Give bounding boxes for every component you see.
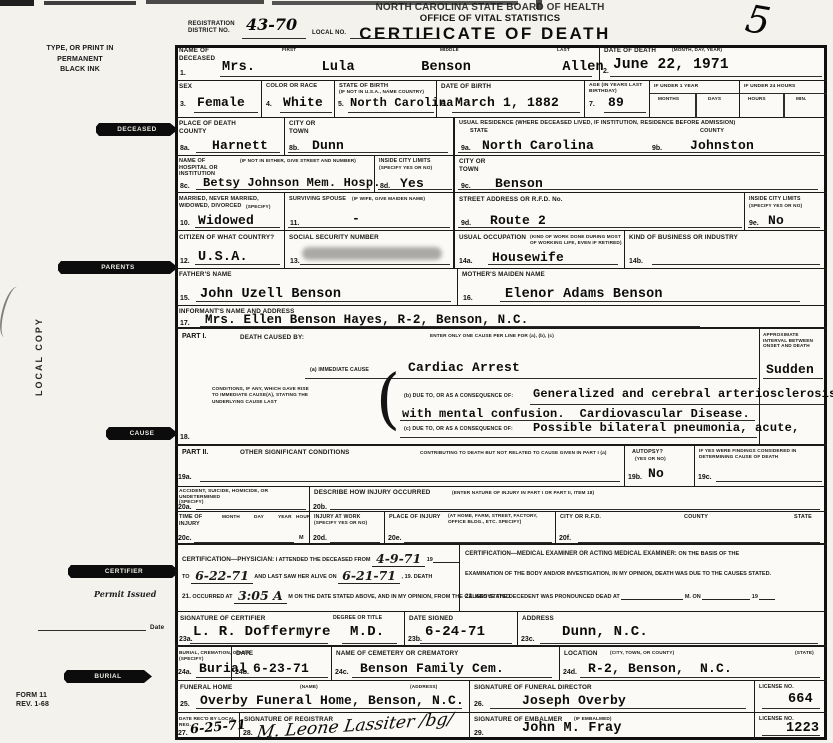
funeral-home-underline: [196, 708, 462, 709]
residence-county-num: 9b.: [652, 145, 662, 152]
tab-parents: PARENTS: [58, 261, 178, 274]
describe-sub: (ENTER NATURE OF INJURY IN PART I OR PAR…: [452, 490, 594, 496]
icl-residence-label: INSIDE CITY LIMITS: [749, 196, 801, 202]
due-to-b-underline1: [530, 404, 824, 405]
ssn-num: 13.: [290, 258, 300, 265]
funeral-director-label: SIGNATURE OF FUNERAL DIRECTOR: [474, 684, 592, 692]
me-cert-line3: 22. ABOVE THE DECEDENT WAS PRONOUNCED DE…: [465, 591, 775, 600]
residence-county-value: Johnston: [690, 138, 754, 153]
dob-underline: [452, 112, 580, 113]
under1-months-label: MONTHS: [658, 96, 679, 102]
degree-underline: [342, 643, 397, 644]
residence-state-label: STATE: [470, 128, 488, 135]
to-word: TO: [182, 574, 190, 580]
physician-cert-title: CERTIFICATION—PHYSICIAN:: [182, 556, 274, 563]
age-value: 89: [608, 95, 624, 110]
informant-underline: [200, 326, 700, 327]
death-word: DEATH: [414, 574, 433, 580]
hospital-num: 8c.: [180, 183, 190, 190]
dob-value: March 1, 1882: [455, 95, 559, 110]
burial-date-num: 24b.: [235, 669, 249, 676]
margin-date-line: [38, 630, 146, 631]
informant-num: 17.: [180, 320, 190, 327]
ssn-redaction-smudge: [302, 247, 442, 260]
permit-issued-note: Permit Issued: [94, 589, 156, 599]
ink-instruction: TYPE, OR PRINT IN PERMANENT BLACK INK: [24, 44, 136, 76]
me-pronounced-text: ABOVE THE DECEDENT WAS PRONOUNCED DEAD A…: [475, 594, 620, 600]
citizen-label: CITIZEN OF WHAT COUNTRY?: [179, 234, 274, 242]
me-cert-title: CERTIFICATION—MEDICAL EXAMINER OR ACTING…: [465, 551, 677, 557]
dod-sub-label: (MONTH, DAY, YEAR): [672, 47, 722, 53]
residence-label: USUAL RESIDENCE (WHERE DECEASED LIVED, I…: [459, 120, 823, 127]
pod-county-num: 8a.: [180, 145, 190, 152]
accident-num: 20a.: [178, 504, 192, 511]
part2-label: PART II.: [182, 449, 208, 456]
name-value: Mrs. Lula Benson Allen: [222, 60, 604, 75]
occupation-sub: (KIND OF WORK DONE DURING MOST OF WORKIN…: [530, 234, 622, 245]
funeral-home-addr-sub: (ADDRESS): [410, 684, 437, 690]
certifier-address-value: Dunn, N.C.: [562, 624, 648, 640]
scan-edge-artifact: [146, 0, 264, 4]
due-to-b-value-line1: Generalized and cerebral arteriosclerosi…: [533, 387, 833, 401]
tab-cause: CAUSE: [106, 427, 178, 440]
dod-underline: [610, 76, 822, 77]
hospital-label: NAME OF HOSPITAL OR INSTITUTION: [179, 158, 218, 178]
time-underline: [194, 542, 294, 543]
me-19-text: 19: [752, 594, 758, 600]
birth-state-num: 5.: [338, 101, 344, 108]
registrar-num: 28.: [243, 730, 253, 737]
date-signed-value: 6-24-71: [425, 624, 485, 640]
spouse-num: 11.: [290, 220, 299, 227]
interval-value: Sudden: [766, 362, 814, 377]
street-underline: [458, 227, 742, 228]
time-of-injury-num: 20c.: [178, 535, 192, 542]
certifier-address-underline: [540, 643, 818, 644]
accident-underline: [196, 509, 306, 510]
father-num: 15.: [180, 295, 190, 302]
hospital-value: Betsy Johnson Mem. Hosp.: [203, 176, 381, 190]
occupation-value: Housewife: [492, 250, 564, 265]
scan-edge-artifact: [0, 0, 34, 6]
due-to-c-value: Possible bilateral pneumonia, acute,: [533, 421, 799, 435]
degree-value: M.D.: [350, 624, 384, 640]
marital-sub: (SPECIFY): [246, 204, 271, 210]
margin-date-label: Date: [150, 624, 164, 632]
part2-title: OTHER SIGNIFICANT CONDITIONS: [240, 449, 350, 457]
funeral-director-underline: [490, 708, 746, 709]
cemetery-location-state: (STATE): [795, 650, 814, 656]
dod-value: June 22, 1971: [613, 57, 729, 73]
name-num: 1.: [180, 70, 186, 77]
immediate-cause-underline: [305, 378, 757, 379]
dod-num: 2.: [603, 68, 609, 75]
form-number: FORM 11: [16, 692, 47, 700]
degree-label: DEGREE OR TITLE: [333, 615, 382, 621]
name-middle-label: MIDDLE: [440, 47, 459, 53]
local-copy-stamp: LOCAL COPY: [34, 300, 44, 396]
date-signed-underline: [420, 643, 512, 644]
pod-city-num: 8b.: [289, 145, 299, 152]
occurred-num: 21.: [182, 593, 191, 600]
cemetery-num: 24c.: [335, 669, 349, 676]
interval-label: APPROXIMATE INTERVAL BETWEEN ONSET AND D…: [763, 332, 823, 349]
mother-underline: [500, 301, 800, 302]
funeral-director-value: Joseph Overby: [522, 693, 626, 708]
spouse-sub: (IF WIFE, GIVE MAIDEN NAME): [352, 196, 425, 202]
age-label: AGE (IN YEARS LAST BIRTHDAY): [589, 83, 647, 95]
due-to-b-value-line2: with mental confusion. Cardiovascular Di…: [402, 407, 750, 421]
icl-residence-num: 9e.: [749, 220, 759, 227]
hospital-underline: [196, 189, 370, 190]
hour-label: HOUR: [296, 514, 310, 520]
embalmer-license-value: 1223: [786, 721, 819, 736]
marital-underline: [195, 227, 280, 228]
caused-by-label: DEATH CAUSED BY:: [240, 334, 304, 342]
findings-label: IF YES WERE FINDINGS CONSIDERED IN DETER…: [699, 448, 824, 459]
date-signed-label: DATE SIGNED: [409, 615, 453, 623]
due-to-c-underline: [400, 437, 757, 438]
director-license-underline: [762, 708, 820, 709]
burial-date-underline: [250, 677, 328, 678]
certifier-signature-label: SIGNATURE OF CERTIFIER: [180, 615, 265, 623]
mother-label: MOTHER'S MAIDEN NAME: [462, 271, 545, 279]
cemetery-location-underline: [580, 677, 820, 678]
citizen-num: 12.: [180, 258, 190, 265]
autopsy-label: AUTOPSY?: [632, 449, 663, 456]
certifier-underline: [190, 643, 328, 644]
street-num: 9d.: [461, 220, 471, 227]
describe-num: 20b.: [313, 504, 327, 511]
spouse-label: SURVIVING SPOUSE: [289, 196, 346, 203]
autopsy-value: No: [648, 466, 664, 481]
me-basis-text: ON THE BASIS OF THE: [678, 551, 739, 557]
industry-num: 14b.: [629, 258, 643, 265]
attended-from-date: 4-9-71: [372, 551, 425, 567]
due-to-b-label: (b) DUE TO, OR AS A CONSEQUENCE OF:: [404, 393, 513, 399]
pod-city-label: CITY OR TOWN: [289, 120, 315, 135]
day-label: DAY: [254, 514, 264, 520]
director-license-value: 664: [788, 692, 813, 707]
race-underline: [280, 112, 332, 113]
father-value: John Uzell Benson: [200, 287, 341, 302]
time-of-death: 3:05 A: [234, 588, 287, 604]
burial-date-label: DATE: [236, 650, 253, 658]
due-to-c-label: (c) DUE TO, OR AS A CONSEQUENCE OF:: [404, 426, 513, 432]
certificate-title: CERTIFICATE OF DEATH: [300, 24, 670, 44]
funeral-home-label: FUNERAL HOME: [180, 684, 232, 692]
injury-at-work-sub: (SPECIFY YES OR NO): [314, 520, 367, 526]
place-underline: [404, 542, 552, 543]
pod-city-value: Dunn: [312, 138, 344, 153]
me-cert-line1: CERTIFICATION—MEDICAL EXAMINER OR ACTING…: [465, 551, 739, 557]
under1-days-label: DAYS: [708, 96, 721, 102]
occupation-label: USUAL OCCUPATION: [459, 234, 526, 242]
marital-value: Widowed: [198, 213, 254, 228]
under24-divider: [783, 93, 785, 118]
stray-pen-mark: [0, 285, 26, 340]
age-num: 7.: [589, 101, 595, 108]
funeral-director-num: 26.: [474, 701, 484, 708]
part1-label: PART I.: [182, 333, 206, 340]
residence-state-num: 9a.: [461, 145, 471, 152]
cemetery-underline: [352, 677, 552, 678]
spouse-value: -: [352, 211, 360, 226]
industry-underline: [652, 264, 820, 265]
injury-at-work-num: 20d.: [313, 535, 327, 542]
funeral-home-name-sub: (NAME): [300, 684, 318, 690]
street-value: Route 2: [490, 213, 546, 228]
place-of-injury-num: 20e.: [388, 535, 402, 542]
icl-residence-sub: (SPECIFY YES OR NO): [749, 203, 802, 209]
conditions-note: CONDITIONS, IF ANY, WHICH GAVE RISE TO I…: [212, 386, 312, 405]
cause-brace: (: [376, 360, 400, 437]
injury-city-label: CITY OR R.F.D.: [560, 514, 601, 521]
birth-state-underline: [348, 112, 434, 113]
icl-death-label: INSIDE CITY LIMITS: [379, 158, 431, 164]
injury-location-num: 20f.: [559, 535, 571, 542]
immediate-cause-value: Cardiac Arrest: [408, 360, 520, 375]
citizen-value: U.S.A.: [198, 250, 248, 265]
place-of-injury-sub: (AT HOME, FARM, STREET, FACTORY, OFFICE …: [448, 513, 553, 524]
attended-text: I ATTENDED THE DECEASED FROM: [276, 557, 371, 563]
burial-type-num: 24a.: [178, 669, 192, 676]
immediate-cause-label: (a) IMMEDIATE CAUSE: [310, 367, 369, 373]
meridiem-label: M: [299, 535, 304, 542]
pod-county-label: COUNTY: [179, 128, 207, 136]
injury-location-underline: [578, 542, 820, 543]
cause-num: 18.: [180, 434, 190, 441]
race-value: White: [283, 95, 323, 110]
cemetery-location-label: LOCATION: [564, 650, 598, 658]
birth-state-sub: (IF NOT IN U.S.A., NAME COUNTRY): [339, 89, 434, 95]
mother-value: Elenor Adams Benson: [505, 287, 663, 302]
occupation-underline: [488, 264, 618, 265]
residence-underline: [458, 152, 820, 153]
residence-county-label: COUNTY: [700, 128, 724, 135]
hospital-sub: (IF NOT IN EITHER, GIVE STREET AND NUMBE…: [240, 158, 365, 164]
certifier-signature-num: 23a.: [179, 636, 193, 643]
embalmer-license-underline: [762, 735, 820, 736]
me-m-on-text: M. ON: [685, 594, 701, 600]
me-num: 22.: [465, 593, 474, 600]
time-of-injury-label: TIME OF INJURY: [179, 514, 202, 527]
certifier-address-num: 23c.: [521, 636, 535, 643]
scan-edge-artifact: [44, 1, 136, 5]
cemetery-location-sub: (CITY, TOWN, OR COUNTY): [610, 650, 674, 656]
father-underline: [196, 301, 451, 302]
pod-county-underline: [196, 152, 280, 153]
sex-num: 3.: [180, 101, 186, 108]
last-alive-date: 6-21-71: [338, 568, 400, 584]
injury-state-label: STATE: [794, 514, 812, 521]
mother-num: 16.: [463, 295, 473, 302]
tab-certifier: CERTIFIER: [68, 565, 180, 578]
interval-underline: [763, 378, 823, 379]
enter-only-note: ENTER ONLY ONE CAUSE PER LINE FOR (a), (…: [430, 333, 554, 339]
director-license-label: LICENSE NO.: [759, 684, 794, 690]
office-of-vital-statistics: OFFICE OF VITAL STATISTICS: [330, 13, 650, 24]
father-label: FATHER'S NAME: [179, 271, 232, 279]
dob-num: 6.: [441, 101, 447, 108]
burial-date-value: 6-23-71: [253, 661, 309, 676]
sex-value: Female: [197, 95, 245, 110]
year-label: YEAR: [278, 514, 292, 520]
last-saw-text: AND LAST SAW HER ALIVE ON: [254, 574, 336, 580]
pod-county-value: Harnett: [212, 138, 268, 153]
handwritten-page-number: 5: [742, 0, 773, 44]
date-signed-num: 23b.: [408, 636, 422, 643]
describe-underline: [330, 509, 820, 510]
icl-residence-underline: [748, 227, 820, 228]
street-label: STREET ADDRESS OR R.F.D. No.: [459, 196, 563, 204]
spouse-underline: [288, 227, 450, 228]
name-first-label: FIRST: [282, 47, 296, 53]
age-underline: [604, 112, 646, 113]
sex-underline: [194, 112, 258, 113]
attended-to-date: 6-22-71: [191, 568, 253, 584]
tab-burial: BURIAL: [64, 670, 152, 683]
part2-sub: CONTRIBUTING TO DEATH BUT NOT RELATED TO…: [420, 450, 607, 456]
describe-label: DESCRIBE HOW INJURY OCCURRED: [314, 489, 431, 497]
certifier-signature-value: L. R. Doffermyre: [193, 624, 331, 640]
place-of-injury-label: PLACE OF INJURY: [389, 514, 441, 521]
physician-cert-line1: CERTIFICATION—PHYSICIAN: I ATTENDED THE …: [182, 551, 459, 566]
dod-label: DATE OF DEATH: [604, 47, 656, 55]
cemetery-label: NAME OF CEMETERY OR CREMATORY: [336, 650, 458, 658]
cemetery-location-value: R-2, Benson, N.C.: [588, 661, 732, 676]
me-cert-line2: EXAMINATION OF THE BODY AND/OR INVESTIGA…: [465, 571, 771, 577]
injury-county-label: COUNTY: [684, 514, 708, 521]
work-underline: [330, 542, 380, 543]
funeral-home-value: Overby Funeral Home, Benson, N.C.: [200, 693, 464, 708]
icl-residence-value: No: [768, 213, 784, 228]
name-underline: [220, 76, 592, 77]
under24-hours-label: HOURS: [748, 96, 766, 102]
funeral-home-num: 25.: [180, 701, 190, 708]
cemetery-value: Benson Family Cem.: [360, 661, 504, 676]
autopsy-sub: (YES OR NO): [635, 456, 666, 462]
dob-label: DATE OF BIRTH: [441, 83, 491, 91]
registration-district-label: REGISTRATION DISTRICT NO.: [188, 21, 235, 35]
citizen-underline: [195, 264, 280, 265]
birth-state-value: North Carolina: [350, 96, 454, 110]
cemetery-location-num: 24d.: [563, 669, 577, 676]
under1-label: IF UNDER 1 YEAR: [654, 84, 698, 90]
ssn-label: SOCIAL SECURITY NUMBER: [289, 234, 379, 242]
under1-divider: [695, 93, 697, 118]
part2-num: 19a.: [178, 474, 192, 481]
pod-city-underline: [288, 152, 448, 153]
tab-deceased: DECEASED: [96, 123, 178, 136]
under24-label: IF UNDER 24 HOURS: [744, 84, 795, 90]
residence-city-label: CITY OR TOWN: [459, 158, 485, 173]
occurred-at-text: OCCURRED AT: [192, 594, 232, 600]
form-revision: REV. 1-68: [16, 701, 49, 709]
registration-district-value: 43-70: [246, 15, 297, 34]
part2-underline: [200, 481, 620, 482]
findings-underline: [716, 481, 822, 482]
icl-death-sub: (SPECIFY YES OR NO): [379, 165, 432, 171]
physician-cert-line2: TO 6-22-71 AND LAST SAW HER ALIVE ON 6-2…: [182, 568, 432, 583]
physician-cert-line3: 21. OCCURRED AT 3:05 A M ON THE DATE STA…: [182, 588, 512, 603]
ssn-underline: [300, 264, 450, 265]
occupation-num: 14a.: [459, 258, 473, 265]
embalmer-value: John M. Fray: [522, 721, 622, 736]
autopsy-num: 19b.: [628, 474, 642, 481]
name-label: NAME OF DECEASED: [179, 47, 215, 62]
marital-num: 10.: [180, 220, 190, 227]
embalmer-num: 29.: [474, 730, 484, 737]
registration-underline: [242, 38, 306, 39]
findings-num: 19c.: [698, 474, 712, 481]
place-of-death-label: PLACE OF DEATH: [179, 120, 236, 128]
sex-label: SEX: [179, 83, 192, 91]
icl-death-underline: [378, 189, 452, 190]
date-received-num: 27.: [178, 730, 188, 737]
name-last-label: LAST: [557, 47, 570, 53]
industry-label: KIND OF BUSINESS OR INDUSTRY: [629, 234, 738, 242]
month-label: MONTH: [222, 514, 240, 520]
death-certificate-scan: REGISTRATION DISTRICT NO. 43-70 LOCAL NO…: [0, 0, 833, 743]
race-label: COLOR OR RACE: [266, 83, 317, 90]
residence-state-value: North Carolina: [482, 138, 594, 153]
year2-text: , 19.: [402, 574, 413, 580]
certifier-address-label: ADDRESS: [522, 615, 554, 623]
informant-value: Mrs. Ellen Benson Hayes, R-2, Benson, N.…: [205, 313, 528, 327]
race-num: 4.: [266, 101, 272, 108]
under24-min-label: MIN.: [796, 96, 807, 102]
residence-city-underline: [458, 189, 818, 190]
